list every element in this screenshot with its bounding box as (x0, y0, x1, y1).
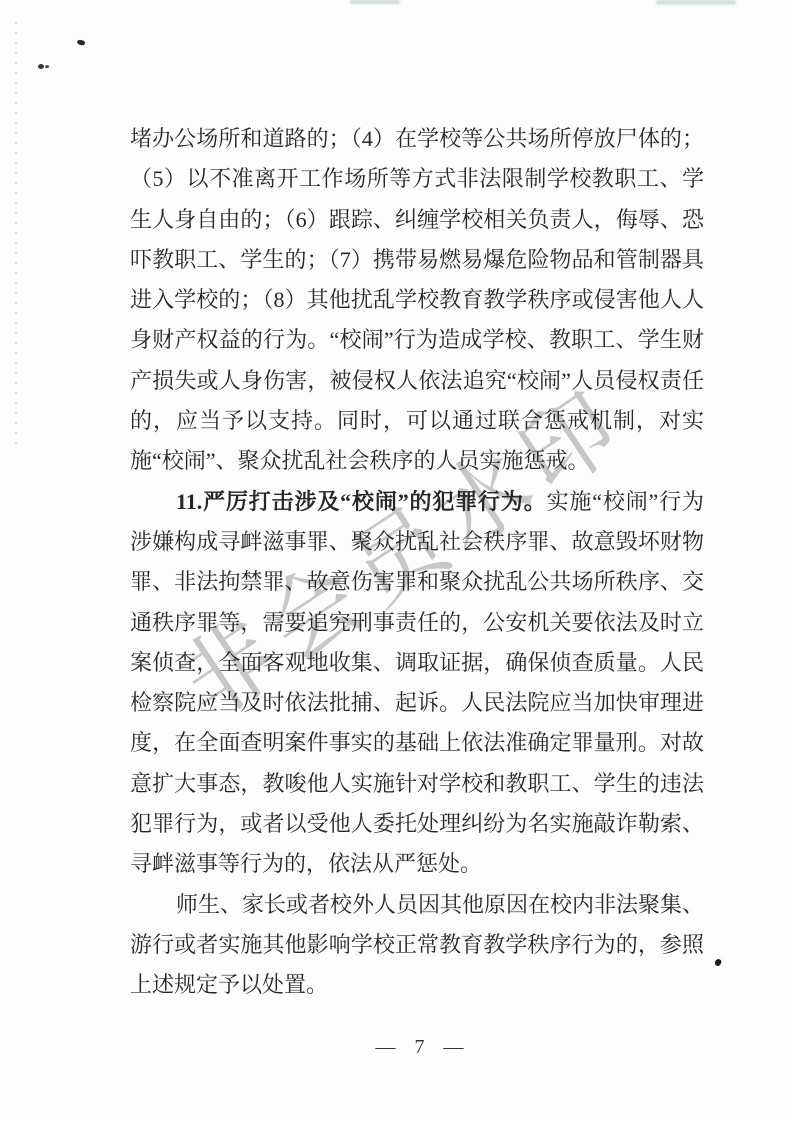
paragraph-run-bold: 11.严厉打击涉及“校闹”的犯罪行为。 (176, 489, 547, 514)
paragraph-run: 实施“校闹”行为涉嫌构成寻衅滋事罪、聚众扰乱社会秩序罪、故意毁坏财物罪、非法拘禁… (130, 489, 704, 877)
scan-edge-smudge (656, 0, 736, 5)
paragraph: 师生、家长或者校外人员因其他原因在校内非法聚集、游行或者实施其他影响学校正常教育… (130, 885, 704, 1006)
paragraph: 堵办公场所和道路的；（4）在学校等公共场所停放尸体的；（5）以不准离开工作场所等… (130, 119, 704, 482)
ink-speck (714, 958, 723, 967)
scanned-document-page: 非会员水印 堵办公场所和道路的；（4）在学校等公共场所停放尸体的；（5）以不准离… (0, 0, 793, 1121)
paragraph-run: 师生、家长或者校外人员因其他原因在校内非法聚集、游行或者实施其他影响学校正常教育… (130, 892, 704, 998)
document-body: 堵办公场所和道路的；（4）在学校等公共场所停放尸体的；（5）以不准离开工作场所等… (130, 119, 704, 1006)
ink-speck (38, 64, 45, 70)
paragraph-run: 堵办公场所和道路的；（4）在学校等公共场所停放尸体的；（5）以不准离开工作场所等… (130, 126, 704, 473)
ink-speck (76, 39, 85, 46)
paragraph: 11.严厉打击涉及“校闹”的犯罪行为。实施“校闹”行为涉嫌构成寻衅滋事罪、聚众扰… (130, 482, 704, 885)
scan-edge-smudge (350, 0, 400, 4)
page-number: — 7 — (24, 1036, 793, 1059)
scan-noise-column (15, 22, 17, 452)
